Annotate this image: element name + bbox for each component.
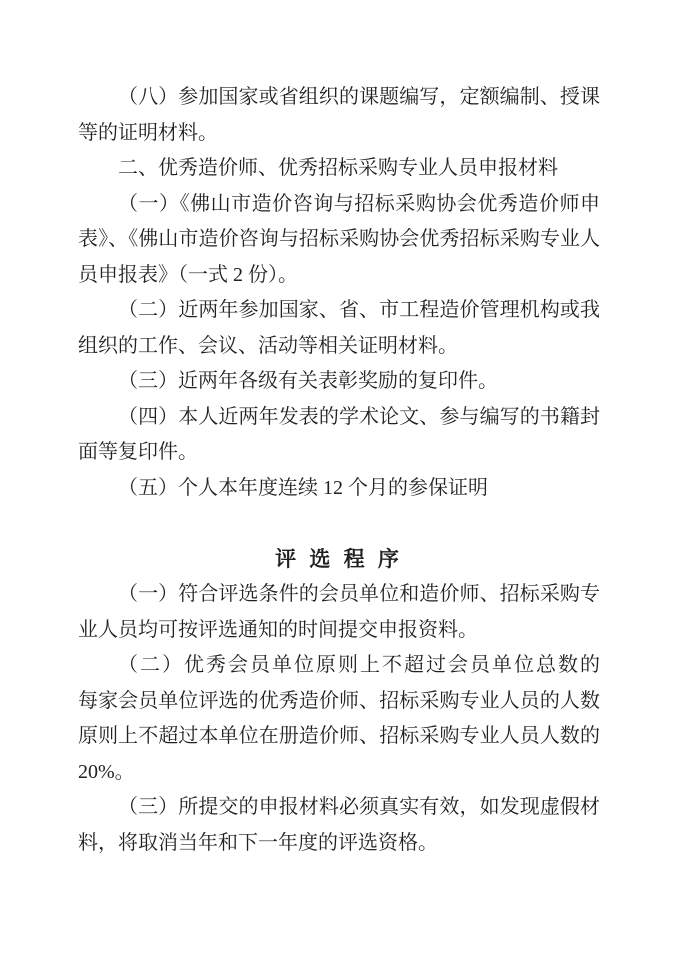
document-body: （八）参加国家或省组织的课题编写，定额编制、授课 等的证明材料。 二、优秀造价师… <box>78 80 600 861</box>
text-line: 业人员均可按评选通知的时间提交申报资料。 <box>78 613 600 649</box>
text-line: 原则上不超过本单位在册造价师、招标采购专业人员人数的 <box>78 719 600 755</box>
text-line: 二、优秀造价师、优秀招标采购专业人员申报材料 <box>78 151 600 187</box>
text-line: 面等复印件。 <box>78 435 600 471</box>
text-line: （八）参加国家或省组织的课题编写，定额编制、授课 <box>78 80 600 116</box>
text-line: （一）符合评选条件的会员单位和造价师、招标采购专 <box>78 577 600 613</box>
text-line: 料，将取消当年和下一年度的评选资格。 <box>78 826 600 862</box>
text-line: （三）所提交的申报材料必须真实有效，如发现虚假材 <box>78 790 600 826</box>
text-line: 20%。 <box>78 755 600 791</box>
section-heading: 评 选 程 序 <box>78 542 600 578</box>
text-line: （四）本人近两年发表的学术论文、参与编写的书籍封 <box>78 400 600 436</box>
document-page: （八）参加国家或省组织的课题编写，定额编制、授课 等的证明材料。 二、优秀造价师… <box>0 0 680 962</box>
text-line: 组织的工作、会议、活动等相关证明材料。 <box>78 329 600 365</box>
text-line: 员申报表》（一式 2 份）。 <box>78 258 600 294</box>
text-line: （一）《佛山市造价咨询与招标采购协会优秀造价师申报 <box>78 187 600 223</box>
text-line: 等的证明材料。 <box>78 116 600 152</box>
text-line: 每家会员单位评选的优秀造价师、招标采购专业人员的人数 <box>78 684 600 720</box>
text-line: （五）个人本年度连续 12 个月的参保证明 <box>78 471 600 507</box>
text-line: 表》、《佛山市造价咨询与招标采购协会优秀招标采购专业人 <box>78 222 600 258</box>
text-line: （三）近两年各级有关表彰奖励的复印件。 <box>78 364 600 400</box>
text-line: （二）优秀会员单位原则上不超过会员单位总数的 20%; <box>78 648 600 684</box>
text-line: （二）近两年参加国家、省、市工程造价管理机构或我会 <box>78 293 600 329</box>
